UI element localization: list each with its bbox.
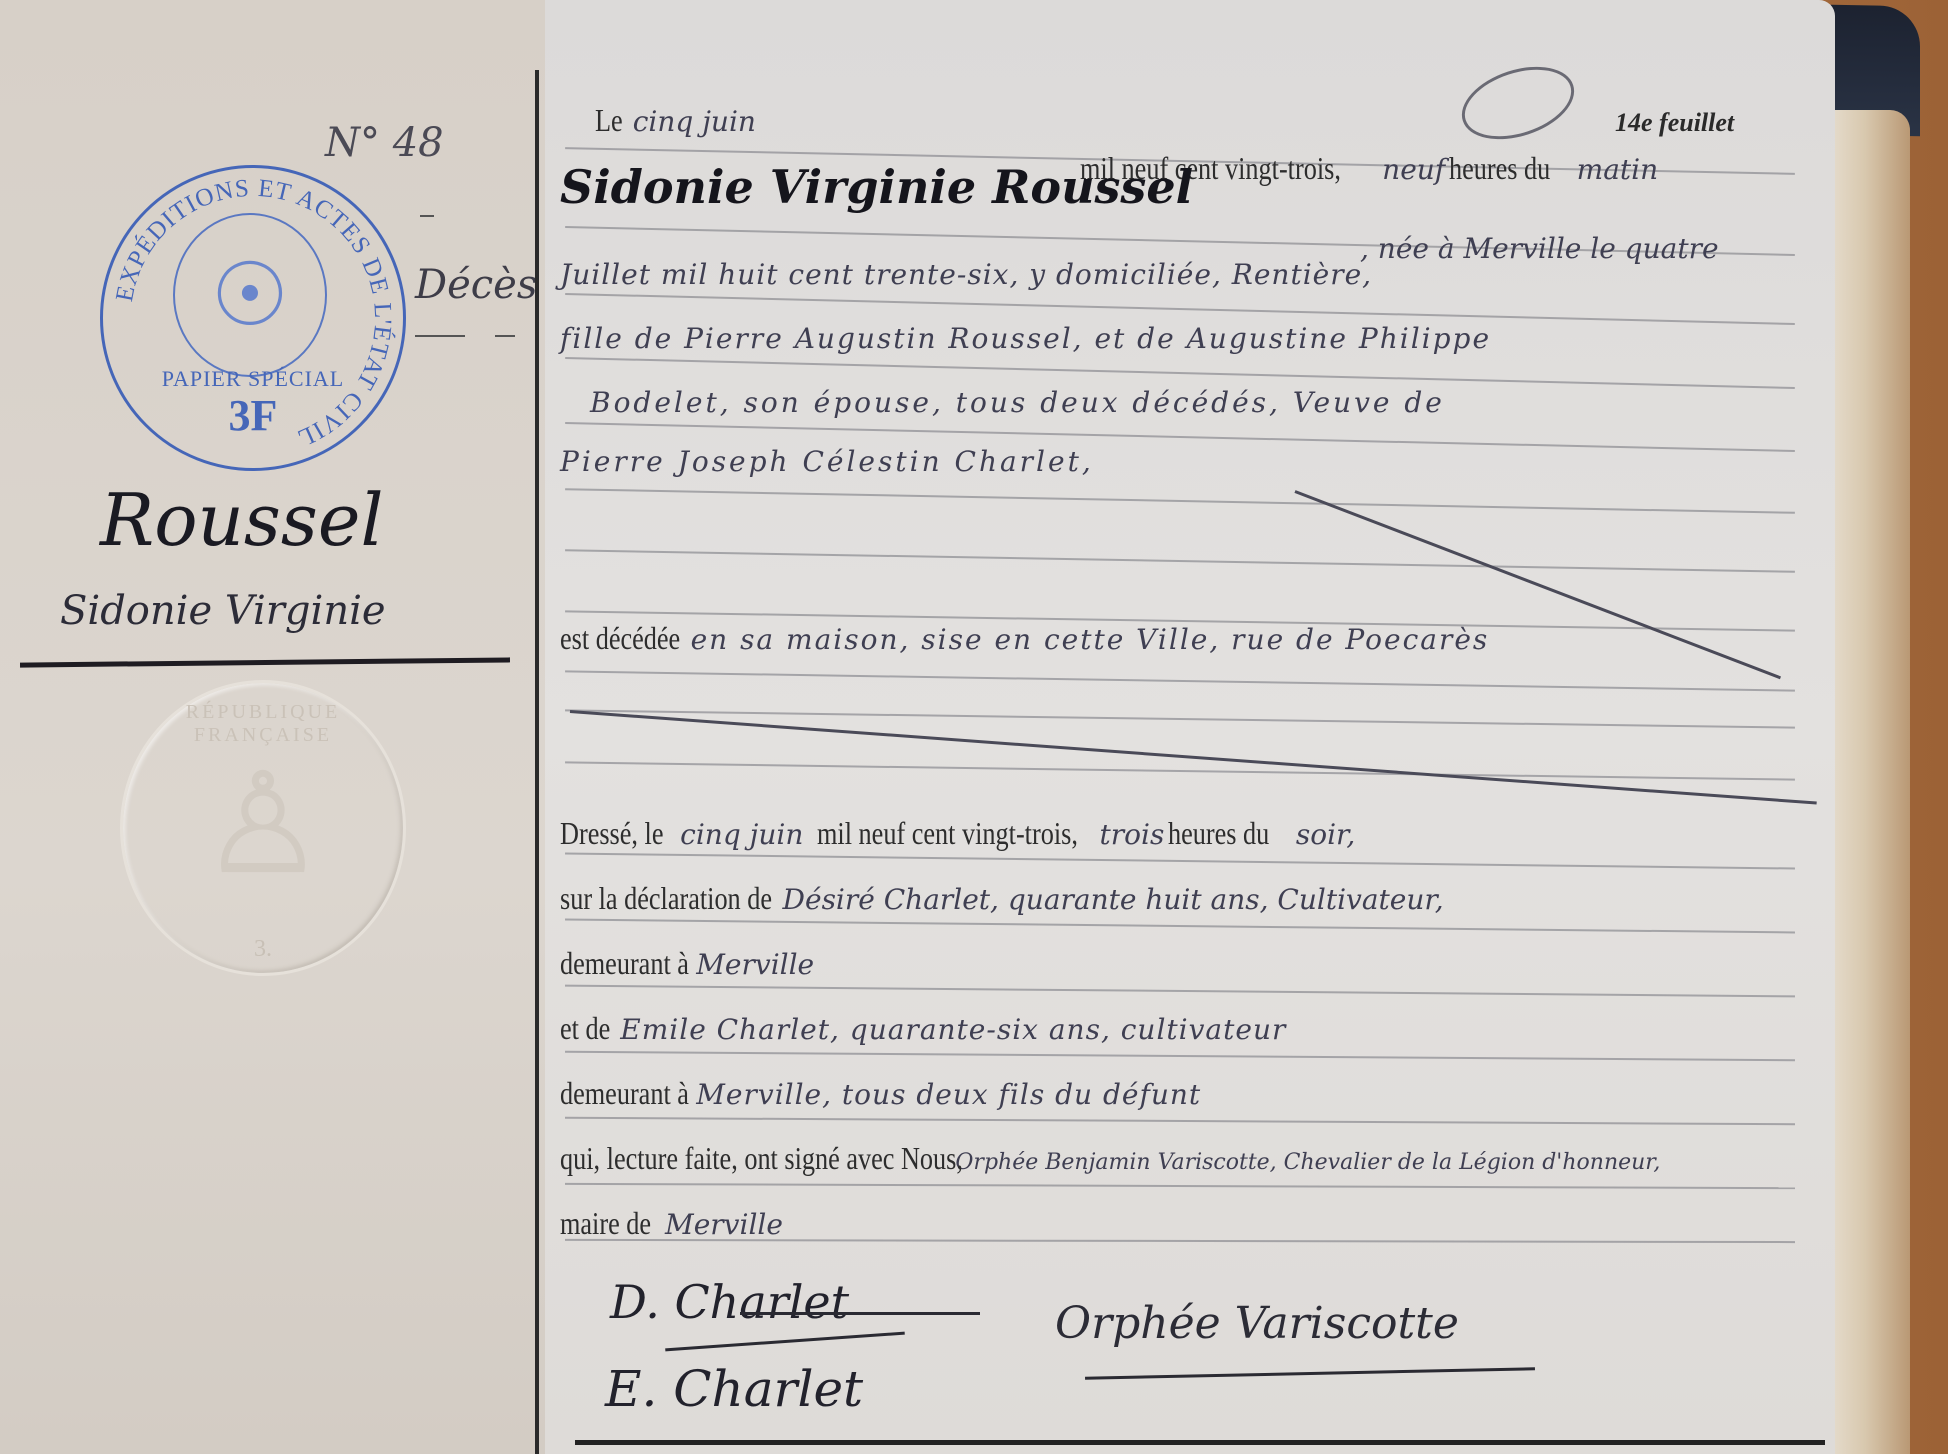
marianne-profile-icon: ☉ (173, 213, 327, 377)
record-line-7: est décédée en sa maison, sise en cette … (560, 620, 1833, 657)
record-line-9: sur la déclaration de Désiré Charlet, qu… (560, 880, 1833, 917)
record-line-13: qui, lecture faite, ont signé avec Nous,… (560, 1140, 1833, 1177)
signature-declarant-2: E. Charlet (605, 1360, 863, 1418)
margin-dash (415, 335, 465, 337)
signature-underline (740, 1312, 980, 1315)
record-line-8: Dressé, le cinq juin mil neuf cent vingt… (560, 815, 1833, 852)
margin-dash (420, 215, 434, 217)
act-type-label: Décès (415, 262, 537, 308)
stamp-price: 3F (103, 390, 403, 441)
record-line-11: et de Emile Charlet, quarante-six ans, c… (560, 1010, 1833, 1047)
emboss-text: RÉPUBLIQUE FRANÇAISE (123, 701, 403, 747)
column-divider (535, 70, 539, 1454)
deceased-name: Sidonie Virginie Roussel (560, 160, 1193, 214)
record-end-rule (575, 1440, 1825, 1445)
record-line-4: fille de Pierre Augustin Roussel, et de … (560, 322, 1833, 355)
tax-stamp: EXPÉDITIONS ET ACTES DE L'ÉTAT CIVIL ☉ P… (100, 165, 406, 471)
embossed-seal: RÉPUBLIQUE FRANÇAISE ♙ 3. (120, 680, 406, 976)
signature-declarant-1: D. Charlet (610, 1275, 849, 1329)
act-number: N° 48 (325, 120, 444, 166)
margin-rule (20, 657, 510, 667)
emboss-value: 3. (123, 936, 403, 963)
margin-surname: Roussel (100, 478, 383, 562)
record-line-2: Sidonie Virginie Roussel (560, 160, 1833, 214)
record-line-3: Juillet mil huit cent trente-six, y domi… (560, 258, 1833, 291)
record-line-1: Le cinq juin (560, 102, 1833, 139)
margin-column: N° 48 Décès EXPÉDITIONS ET ACTES DE L'ÉT… (0, 0, 545, 1454)
record-line-12: demeurant à Merville, tous deux fils du … (560, 1075, 1833, 1112)
margin-dash (495, 335, 515, 337)
record-line-10: demeurant à Merville (560, 945, 1833, 982)
seated-figure-icon: ♙ (123, 743, 403, 906)
margin-given-names: Sidonie Virginie (60, 588, 386, 634)
record-line-14: maire de Merville (560, 1205, 1833, 1242)
record-line-6: Pierre Joseph Célestin Charlet, (560, 445, 1833, 478)
record-line-5: Bodelet, son épouse, tous deux décédés, … (560, 386, 1833, 419)
signature-mayor: Orphée Variscotte (1055, 1298, 1459, 1349)
stamp-label: PAPIER SPÉCIAL (103, 366, 403, 392)
